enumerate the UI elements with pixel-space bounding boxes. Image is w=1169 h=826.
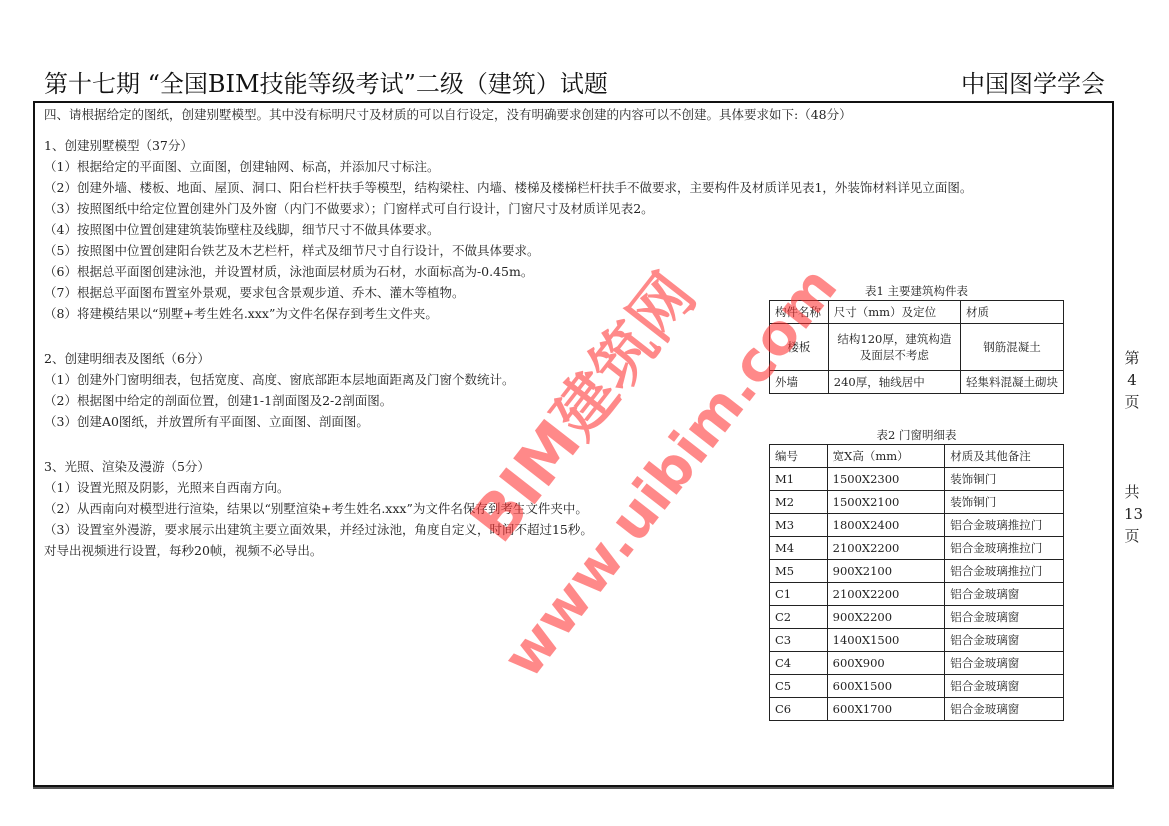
table-cell: 铝合金玻璃窗 [945, 675, 1064, 698]
requirement-item: （2）创建外墙、楼板、地面、屋顶、洞口、阳台栏杆扶手等模型，结构梁柱、内墙、楼梯… [44, 177, 972, 198]
page-number: 4 [1124, 369, 1140, 391]
requirement-item: （1）创建外门窗明细表，包括宽度、高度、窗底部距本层地面距离及门窗个数统计。 [44, 369, 514, 390]
table-row: 外墙 240厚，轴线居中 轻集料混凝土砌块 [770, 371, 1064, 394]
table-cell: 铝合金玻璃窗 [945, 583, 1064, 606]
table2-caption: 表2 门窗明细表 [769, 427, 1064, 443]
requirement-item: （1）根据给定的平面图、立面图，创建轴网、标高，并添加尺寸标注。 [44, 156, 972, 177]
table-header-row: 构件名称 尺寸（mm）及定位 材质 [770, 301, 1064, 324]
requirement-item: （2）从西南向对模型进行渲染，结果以“别墅渲染+考生姓名.xxx”为文件名保存到… [44, 498, 593, 519]
table-cell: 600X900 [827, 652, 945, 675]
table-cell: 铝合金玻璃推拉门 [945, 537, 1064, 560]
table-header-cell: 材质及其他备注 [945, 445, 1064, 468]
table-cell: 2100X2200 [827, 537, 945, 560]
table-cell: 1500X2300 [827, 468, 945, 491]
table-cell: 装饰铜门 [945, 468, 1064, 491]
table-header-cell: 构件名称 [770, 301, 829, 324]
document-title: 第十七期 “全国BIM技能等级考试”二级（建筑）试题 [44, 64, 608, 99]
table-cell: 600X1500 [827, 675, 945, 698]
table-cell: 铝合金玻璃窗 [945, 652, 1064, 675]
section-heading: 3、光照、渲染及漫游（5分） [44, 456, 593, 477]
table-cell: 外墙 [770, 371, 829, 394]
table-row: C5600X1500铝合金玻璃窗 [770, 675, 1064, 698]
table-cell: C3 [770, 629, 828, 652]
section-2: 2、创建明细表及图纸（6分） （1）创建外门窗明细表，包括宽度、高度、窗底部距本… [44, 348, 514, 432]
table-cell: 1400X1500 [827, 629, 945, 652]
requirement-item: （3）设置室外漫游，要求展示出建筑主要立面效果，并经过泳池，角度自定义，时间不超… [44, 519, 593, 540]
page-label: 第 [1124, 347, 1140, 369]
table-cell: 900X2100 [827, 560, 945, 583]
table-row: C12100X2200铝合金玻璃窗 [770, 583, 1064, 606]
table-cell: M2 [770, 491, 828, 514]
table-row: C2900X2200铝合金玻璃窗 [770, 606, 1064, 629]
requirement-item: （2）根据图中给定的剖面位置，创建1-1剖面图及2-2剖面图。 [44, 390, 514, 411]
table-cell: 铝合金玻璃推拉门 [945, 560, 1064, 583]
table-header-cell: 材质 [960, 301, 1063, 324]
table-cell: 铝合金玻璃窗 [945, 606, 1064, 629]
requirement-item: （1）设置光照及阴影，光照来自西南方向。 [44, 477, 593, 498]
table-cell: 楼板 [770, 324, 829, 371]
table-cell: C1 [770, 583, 828, 606]
table-cell: 1800X2400 [827, 514, 945, 537]
total-pages-number: 13 [1124, 503, 1140, 525]
page-label: 共 [1124, 481, 1140, 503]
table-cell: M3 [770, 514, 828, 537]
table-cell: 结构120厚，建筑构造及面层不考虑 [828, 324, 960, 371]
table-cell: M5 [770, 560, 828, 583]
table-cell: C4 [770, 652, 828, 675]
table-header-cell: 尺寸（mm）及定位 [828, 301, 960, 324]
table-cell: 900X2200 [827, 606, 945, 629]
table-row: M5900X2100铝合金玻璃推拉门 [770, 560, 1064, 583]
requirement-item: （3）按照图纸中给定位置创建外门及外窗（内门不做要求）；门窗样式可自行设计，门窗… [44, 198, 972, 219]
table-cell: C5 [770, 675, 828, 698]
page-label: 页 [1124, 391, 1140, 413]
table-cell: M4 [770, 537, 828, 560]
table-cell: 240厚，轴线居中 [828, 371, 960, 394]
table1-caption: 表1 主要建筑构件表 [769, 283, 1064, 299]
table-row: C4600X900铝合金玻璃窗 [770, 652, 1064, 675]
requirement-item: （4）按照图中位置创建建筑装饰壁柱及线脚，细节尺寸不做具体要求。 [44, 219, 972, 240]
section-3: 3、光照、渲染及漫游（5分） （1）设置光照及阴影，光照来自西南方向。 （2）从… [44, 456, 593, 561]
table-cell: 600X1700 [827, 698, 945, 721]
table-cell: 钢筋混凝土 [960, 324, 1063, 371]
table-row: M31800X2400铝合金玻璃推拉门 [770, 514, 1064, 537]
table-row: M42100X2200铝合金玻璃推拉门 [770, 537, 1064, 560]
table-cell: 铝合金玻璃窗 [945, 629, 1064, 652]
page-label: 页 [1124, 525, 1140, 547]
table-cell: 轻集料混凝土砌块 [960, 371, 1063, 394]
table-row: C6600X1700铝合金玻璃窗 [770, 698, 1064, 721]
table-header-cell: 宽X高（mm） [827, 445, 945, 468]
requirement-item: （3）创建A0图纸，并放置所有平面图、立面图、剖面图。 [44, 411, 514, 432]
table-cell: 铝合金玻璃窗 [945, 698, 1064, 721]
table-cell: C6 [770, 698, 828, 721]
question-intro: 四、请根据给定的图纸，创建别墅模型。其中没有标明尺寸及材质的可以自行设定，没有明… [44, 104, 852, 125]
table-cell: M1 [770, 468, 828, 491]
building-components-table: 构件名称 尺寸（mm）及定位 材质 楼板 结构120厚，建筑构造及面层不考虑 钢… [769, 300, 1064, 394]
table-cell: 2100X2200 [827, 583, 945, 606]
table-cell: C2 [770, 606, 828, 629]
total-pages-indicator: 共 13 页 [1124, 481, 1140, 547]
requirement-item: 对导出视频进行设置，每秒20帧，视频不必导出。 [44, 540, 593, 561]
table-cell: 1500X2100 [827, 491, 945, 514]
table-header-row: 编号 宽X高（mm） 材质及其他备注 [770, 445, 1064, 468]
table-cell: 铝合金玻璃推拉门 [945, 514, 1064, 537]
table-row: M11500X2300装饰铜门 [770, 468, 1064, 491]
organization-name: 中国图学学会 [961, 64, 1105, 99]
door-window-schedule-table: 编号 宽X高（mm） 材质及其他备注 M11500X2300装饰铜门M21500… [769, 444, 1064, 721]
table-header-cell: 编号 [770, 445, 828, 468]
table-row: M21500X2100装饰铜门 [770, 491, 1064, 514]
section-heading: 2、创建明细表及图纸（6分） [44, 348, 514, 369]
table-row: 楼板 结构120厚，建筑构造及面层不考虑 钢筋混凝土 [770, 324, 1064, 371]
table-row: C31400X1500铝合金玻璃窗 [770, 629, 1064, 652]
current-page-indicator: 第 4 页 [1124, 347, 1140, 413]
table-cell: 装饰铜门 [945, 491, 1064, 514]
requirement-item: （5）按照图中位置创建阳台铁艺及木艺栏杆，样式及细节尺寸自行设计，不做具体要求。 [44, 240, 972, 261]
section-heading: 1、创建别墅模型（37分） [44, 135, 972, 156]
requirement-item: （6）根据总平面图创建泳池，并设置材质，泳池面层材质为石材，水面标高为-0.45… [44, 261, 972, 282]
